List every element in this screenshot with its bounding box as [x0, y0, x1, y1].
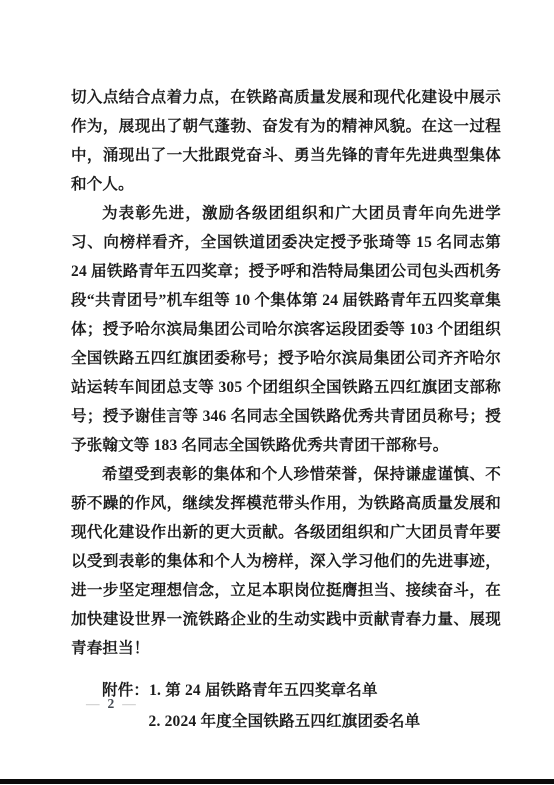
paragraph-expectations: 希望受到表彰的集体和个人珍惜荣誉，保持谦虚谨慎、不骄不躁的作风，继续发挥模范带头… [71, 460, 501, 663]
paragraph-commendation-list: 为表彰先进，激励各级团组织和广大团员青年向先进学习、向榜样看齐，全国铁道团委决定… [71, 199, 501, 460]
document-page: 切入点结合点着力点，在铁路高质量发展和现代化建设中展示作为，展现出了朝气蓬勃、奋… [0, 0, 554, 785]
page-number-value: 2 [108, 696, 116, 711]
attachment-line-2: 2. 2024 年度全国铁路五四红旗团委名单 [102, 706, 501, 737]
attachment-line-1: 附件：1. 第 24 届铁路青年五四奖章名单 [102, 675, 501, 706]
page-number: —2— [86, 696, 137, 712]
page-number-dash-right: — [122, 696, 137, 711]
paragraph-continuation: 切入点结合点着力点，在铁路高质量发展和现代化建设中展示作为，展现出了朝气蓬勃、奋… [71, 83, 501, 199]
attachment-item-2: 2. 2024 年度全国铁路五四红旗团委名单 [149, 713, 421, 730]
document-body: 切入点结合点着力点，在铁路高质量发展和现代化建设中展示作为，展现出了朝气蓬勃、奋… [71, 83, 501, 737]
page-number-dash-left: — [86, 696, 101, 711]
scan-edge-line [0, 779, 554, 784]
attachment-item-1: 1. 第 24 届铁路青年五四奖章名单 [149, 682, 378, 699]
